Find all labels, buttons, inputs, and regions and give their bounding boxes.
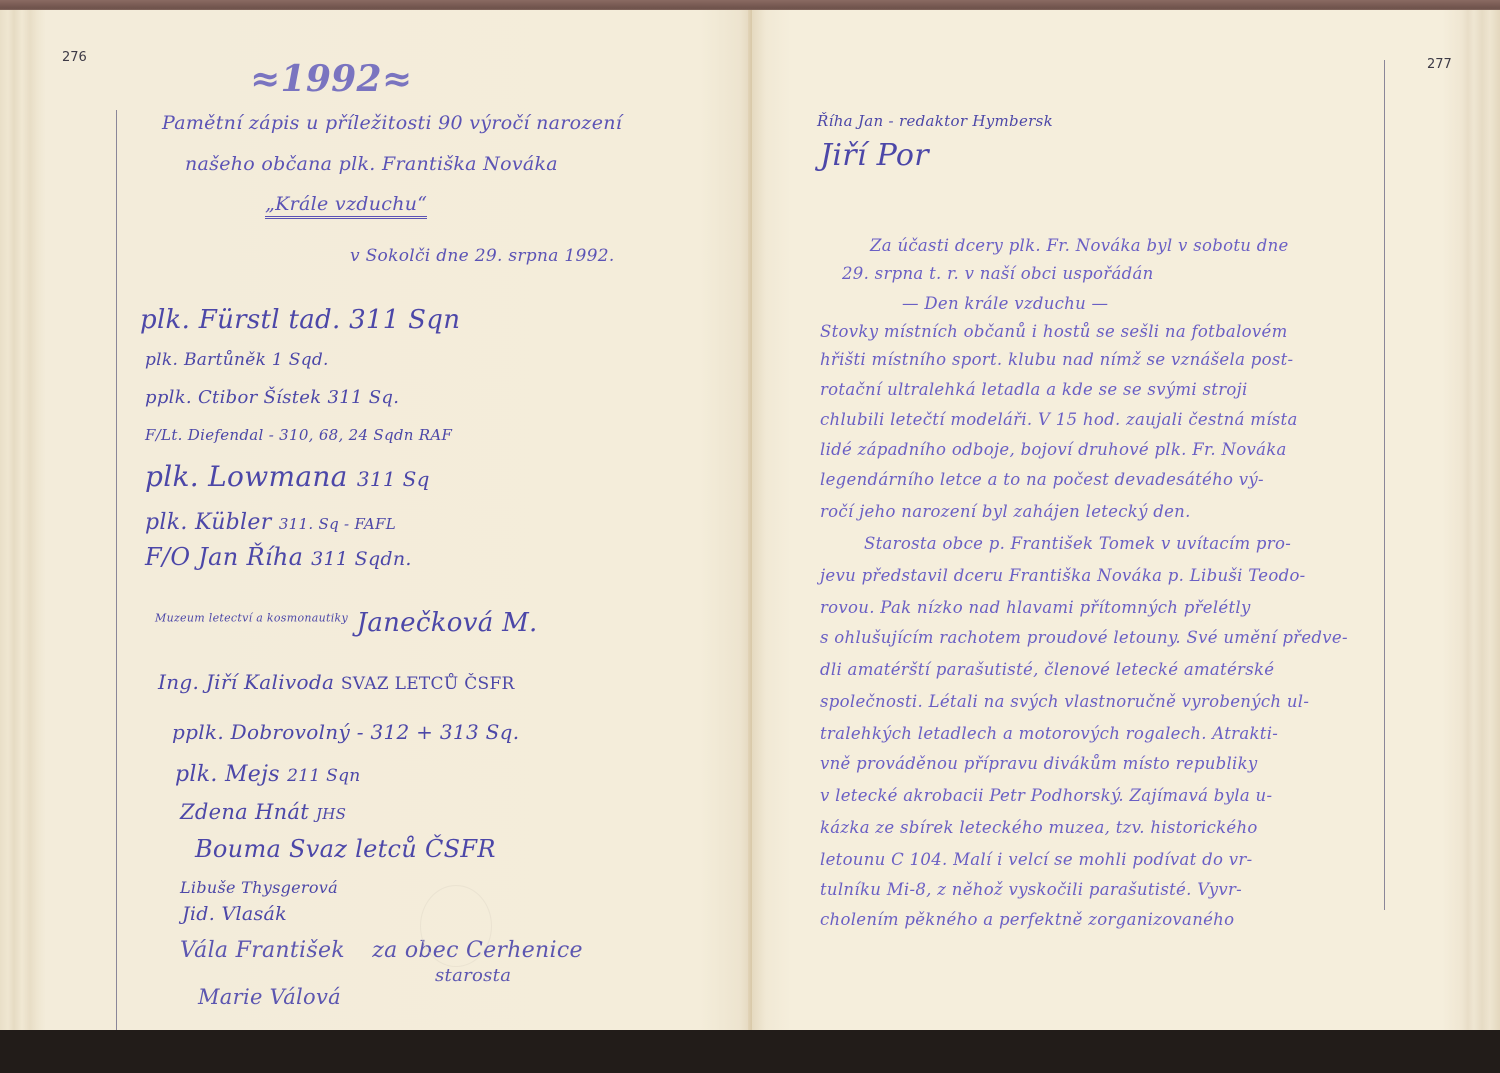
body-line: dli amatérští parašutisté, členové letec… <box>820 660 1274 679</box>
signature-row: Zdena Hnát JHS <box>180 800 346 824</box>
body-line: Starosta obce p. František Tomek v uvíta… <box>864 534 1291 553</box>
signature-title: starosta <box>435 965 511 986</box>
signature-row: Jid. Vlasák <box>182 903 287 925</box>
body-line: rotační ultralehká letadla a kde se se s… <box>820 380 1248 399</box>
title-line-2: našeho občana plk. Františka Nováka <box>185 153 558 175</box>
page-number-right: 277 <box>1427 57 1452 72</box>
body-line: ročí jeho narození byl zahájen letecký d… <box>820 502 1191 521</box>
body-line: legendárního letce a to na počest devade… <box>820 470 1264 489</box>
title-line-3: „Krále vzduchu“ <box>265 193 427 219</box>
signature-row: Libuše Thysgerová <box>180 878 338 897</box>
year-heading: ≈1992≈ <box>250 58 412 100</box>
body-line: rovou. Pak nízko nad hlavami přítomných … <box>820 598 1251 617</box>
signature-row: Ing. Jiří Kalivoda SVAZ LETCŮ ČSFR <box>158 670 515 694</box>
body-line: cholením pěkného a perfektně zorganizova… <box>820 910 1234 929</box>
margin-line-right <box>1384 60 1385 910</box>
signature-row: F/Lt. Diefendal - 310, 68, 24 Sqdn RAF <box>145 426 452 444</box>
book-cover-bottom <box>0 1030 1500 1073</box>
signature-row: Bouma Svaz letců ČSFR <box>195 835 496 863</box>
signature-row: plk. Bartůněk 1 Sqd. <box>145 350 329 370</box>
header-note: Říha Jan - redaktor Hymbersk <box>817 112 1053 130</box>
signature-row: Muzeum letectví a kosmonautiky Janečková… <box>155 608 538 638</box>
signature-row: pplk. Dobrovolný - 312 + 313 Sq. <box>172 720 519 744</box>
faded-stamp <box>420 885 492 967</box>
signature-row: pplk. Ctibor Šístek 311 Sq. <box>145 387 399 408</box>
signature-row: Marie Válová <box>198 985 341 1009</box>
body-line: lidé západního odboje, bojoví druhové pl… <box>820 440 1287 459</box>
title-line-1: Pamětní zápis u příležitosti 90 výročí n… <box>162 112 622 134</box>
body-line: společnosti. Létali na svých vlastnoručn… <box>820 692 1309 711</box>
signature-row: plk. Mejs 211 Sqn <box>175 762 361 787</box>
signature-row: plk. Kübler 311. Sq - FAFL <box>145 510 396 535</box>
signature-row: F/O Jan Říha 311 Sqdn. <box>145 543 412 571</box>
margin-line-left <box>116 110 117 1040</box>
body-line: Stovky místních občanů i hostů se sešli … <box>820 322 1288 341</box>
body-line: letounu C 104. Malí i velcí se mohli pod… <box>820 850 1252 869</box>
right-page: 277 Říha Jan - redaktor Hymbersk Jiří Po… <box>752 10 1500 1032</box>
header-signature: Jiří Por <box>820 138 929 173</box>
left-page: 276 ≈1992≈ Pamětní zápis u příležitosti … <box>0 10 752 1032</box>
body-line: chlubili letečtí modeláři. V 15 hod. zau… <box>820 410 1298 429</box>
body-line: Za účasti dcery plk. Fr. Nováka byl v so… <box>870 236 1289 255</box>
body-line: hřišti místního sport. klubu nad nímž se… <box>820 350 1293 369</box>
signature-row: plk. Lowmana 311 Sq <box>145 460 430 493</box>
body-line: v letecké akrobacii Petr Podhorský. Zají… <box>820 786 1272 805</box>
signature-row: plk. Fürstl tad. 311 Sqn <box>140 305 460 335</box>
body-line: jevu představil dceru Františka Nováka p… <box>820 566 1306 585</box>
body-line: — Den krále vzduchu — <box>902 294 1108 313</box>
body-line: vně prováděnou přípravu divákům místo re… <box>820 754 1258 773</box>
signature-row: Vála František za obec Cerhenice <box>180 938 583 963</box>
body-line: tralehkých letadlech a motorových rogale… <box>820 724 1278 743</box>
place-date: v Sokolči dne 29. srpna 1992. <box>350 246 615 266</box>
body-line: 29. srpna t. r. v naší obci uspořádán <box>842 264 1154 283</box>
body-line: s ohlušujícím rachotem proudové letouny.… <box>820 628 1348 647</box>
page-number-left: 276 <box>62 50 87 65</box>
body-line: tulníku Mi-8, z něhož vyskočili parašuti… <box>820 880 1242 899</box>
body-line: kázka ze sbírek leteckého muzea, tzv. hi… <box>820 818 1258 837</box>
